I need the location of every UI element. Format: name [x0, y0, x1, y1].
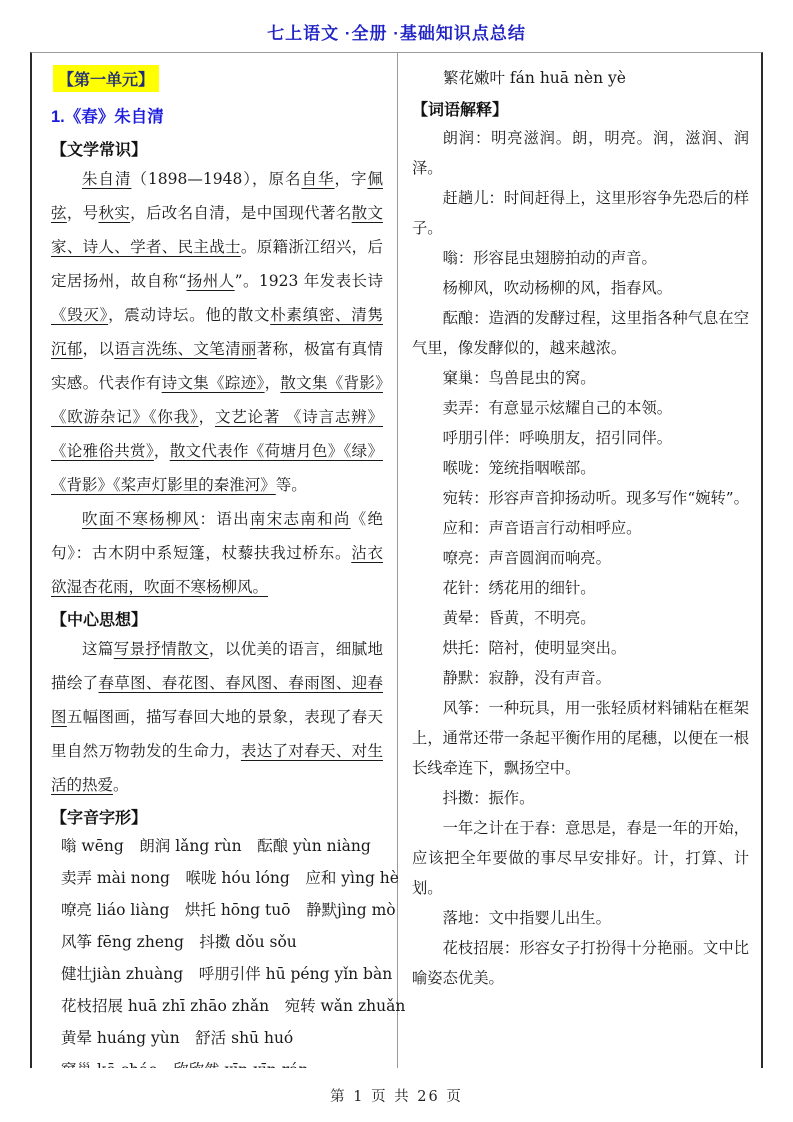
text-segment: 扬州人 [186, 272, 234, 290]
pinyin-line: 花枝招展 huā zhī zhāo zhǎn 宛转 wǎn zhuǎn [51, 990, 383, 1022]
definition-item: 静默：寂静，没有声音。 [412, 663, 749, 693]
pinyin-line: 卖弄 mài nong 喉咙 hóu lóng 应和 yìng hè [51, 862, 383, 894]
definition-item: 宛转：形容声音抑扬动听。现多写作“婉转”。 [412, 483, 749, 513]
definition-item: 落地：文中指婴儿出生。 [412, 903, 749, 933]
definition-item: 花枝招展：形容女子打扮得十分艳丽。文中比喻姿态优美。 [412, 933, 749, 993]
definition-item: 杨柳风，吹动杨柳的风，指春风。 [412, 273, 749, 303]
page-header: 七上语文 ·全册 ·基础知识点总结 [0, 0, 793, 52]
pinyin-line: 健壮jiàn zhuàng 呼朋引伴 hū péng yǐn bàn [51, 958, 383, 990]
text-segment: （1898—1948），原名 [131, 170, 301, 188]
text-segment: 写景抒情散文 [114, 640, 209, 658]
definition-item: 喉咙：笼统指咽喉部。 [412, 453, 749, 483]
text-segment: 吹面不寒杨柳风 [82, 510, 200, 528]
theme-paragraph: 这篇写景抒情散文，以优美的语言，细腻地描绘了春草图、春花图、春风图、春雨图、迎春… [51, 632, 383, 802]
text-segment: 诗文集《踪迹》 [162, 374, 265, 392]
definition-item: 赶趟儿：时间赶得上，这里形容争先恐后的样子。 [412, 183, 749, 243]
page-footer: 第 1 页 共 26 页 [0, 1068, 793, 1122]
text-segment: 南宋志南和尚 [250, 510, 351, 528]
text-segment: ， [199, 408, 215, 426]
text-segment: 这篇 [82, 640, 114, 658]
pinyin-line: 嗡 wēng 朗润 lǎng rùn 酝酿 yùn niàng [51, 830, 383, 862]
text-segment: ， [265, 374, 281, 392]
text-segment: ”。1923 年发表长诗 [235, 272, 383, 290]
text-segment: ，字 [334, 170, 367, 188]
definition-item: 嘹亮：声音圆润而响亮。 [412, 543, 749, 573]
definition-item: 黄晕：昏黄，不明亮。 [412, 603, 749, 633]
quote-paragraph: 吹面不寒杨柳风：语出南宋志南和尚《绝句》：古木阴中系短篷，杖藜扶我过桥东。沾衣欲… [51, 502, 383, 604]
section-heading-theme: 【中心思想】 [51, 607, 383, 630]
text-segment: 《毁灭》 [51, 306, 108, 324]
text-segment: ：语出 [200, 510, 250, 528]
lesson-title: 1.《春》朱自清 [51, 103, 383, 127]
text-segment: ， [154, 442, 170, 460]
left-column: 【第一单元】 1.《春》朱自清 【文学常识】 朱自清（1898—1948），原名… [32, 53, 398, 1068]
text-segment: 等。 [276, 476, 307, 494]
definition-item: 卖弄：有意显示炫耀自己的本领。 [412, 393, 749, 423]
pinyin-line: 窠巢 kē cháo 欣欣然 xīn xīn rán [51, 1054, 383, 1068]
definition-item: 应和：声音语言行动相呼应。 [412, 513, 749, 543]
pinyin-carryover-line: 繁花嫩叶 fán huā nèn yè [412, 63, 749, 93]
definition-item: 一年之计在于春：意思是，春是一年的开始，应该把全年要做的事尽早安排好。计，打算、… [412, 813, 749, 903]
text-segment: 。 [113, 776, 129, 794]
pinyin-line: 嘹亮 liáo liàng 烘托 hōng tuō 静默jìng mò [51, 894, 383, 926]
right-column: 繁花嫩叶 fán huā nèn yè 【词语解释】 朗润：明亮滋润。朗，明亮。… [398, 53, 761, 1068]
unit-badge: 【第一单元】 [53, 65, 159, 92]
text-segment: ，后改名自清，是中国现代著名 [130, 204, 352, 222]
text-segment: 语言洗练、文笔清丽 [114, 340, 256, 358]
text-segment: ，号 [67, 204, 99, 222]
text-segment: ，以 [83, 340, 115, 358]
definition-item: 抖擞：振作。 [412, 783, 749, 813]
definition-item: 嗡：形容昆虫翅膀拍动的声音。 [412, 243, 749, 273]
document-page: 七上语文 ·全册 ·基础知识点总结 【第一单元】 1.《春》朱自清 【文学常识】… [0, 0, 793, 1122]
page-title: 七上语文 ·全册 ·基础知识点总结 [267, 19, 526, 44]
definition-item: 朗润：明亮滋润。朗，明亮。润，滋润、润泽。 [412, 123, 749, 183]
bio-paragraph: 朱自清（1898—1948），原名自华，字佩弦，号秋实，后改名自清，是中国现代著… [51, 162, 383, 502]
definition-item: 花针：绣花用的细针。 [412, 573, 749, 603]
definition-item: 窠巢：鸟兽昆虫的窝。 [412, 363, 749, 393]
pinyin-line: 黄晕 huáng yùn 舒活 shū huó [51, 1022, 383, 1054]
section-heading-words: 【词语解释】 [412, 97, 749, 120]
content-table: 【第一单元】 1.《春》朱自清 【文学常识】 朱自清（1898—1948），原名… [30, 52, 763, 1068]
text-segment: ，震动诗坛。他的散文 [108, 306, 270, 324]
pinyin-list: 嗡 wēng 朗润 lǎng rùn 酝酿 yùn niàng卖弄 mài no… [51, 830, 383, 1068]
definition-item: 风筝：一种玩具，用一张轻质材料铺粘在框架上，通常还带一条起平衡作用的尾穗，以便在… [412, 693, 749, 783]
text-segment: 秋实 [98, 204, 130, 222]
text-segment: 自华 [302, 170, 335, 188]
definition-item: 酝酿：造酒的发酵过程，这里指各种气息在空气里，像发酵似的，越来越浓。 [412, 303, 749, 363]
text-segment: 朱自清 [82, 170, 131, 188]
definition-item: 烘托：陪衬，使明显突出。 [412, 633, 749, 663]
pinyin-line: 风筝 fēng zheng 抖擞 dǒu sǒu [51, 926, 383, 958]
definition-item: 呼朋引伴：呼唤朋友，招引同伴。 [412, 423, 749, 453]
section-heading-literature: 【文学常识】 [51, 137, 383, 160]
page-number: 第 1 页 共 26 页 [330, 1085, 463, 1106]
definitions-list: 朗润：明亮滋润。朗，明亮。润，滋润、润泽。赶趟儿：时间赶得上，这里形容争先恐后的… [412, 123, 749, 993]
section-heading-phonetics: 【字音字形】 [51, 805, 383, 828]
